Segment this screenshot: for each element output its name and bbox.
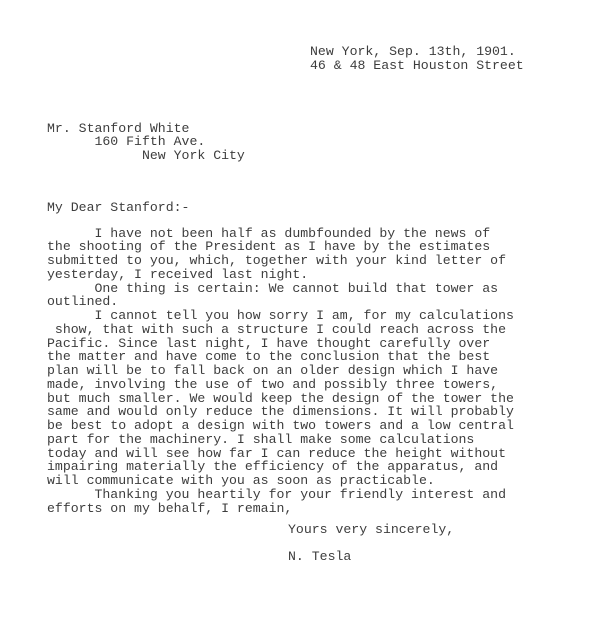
letter-line: impairing materially the efficiency of t… [47,460,598,474]
letter-body: I have not been half as dumbfounded by t… [47,227,598,516]
letter-line: plan will be to fall back on an older de… [47,364,598,378]
recipient-city: New York City [47,149,598,163]
letter-line: Pacific. Since last night, I have though… [47,337,598,351]
recipient-name: Mr. Stanford White [47,122,598,136]
signature: N. Tesla [288,550,598,564]
letterhead: New York, Sep. 13th, 1901. 46 & 48 East … [310,0,598,73]
letter-line: will communicate with you as soon as pra… [47,474,598,488]
recipient-block: Mr. Stanford White 160 Fifth Ave. New Yo… [47,122,598,163]
letter-line: I have not been half as dumbfounded by t… [47,227,598,241]
letter-line: Thanking you heartily for your friendly … [47,488,598,502]
closing: Yours very sincerely, [288,523,598,537]
letter-line: submitted to you, which, together with y… [47,254,598,268]
letter-line: efforts on my behalf, I remain, [47,502,598,516]
letter-line: but much smaller. We would keep the desi… [47,392,598,406]
salutation: My Dear Stanford:- [47,201,598,215]
letter-line: today and will see how far I can reduce … [47,447,598,461]
letter-line: part for the machinery. I shall make som… [47,433,598,447]
letter-line: the shooting of the President as I have … [47,240,598,254]
letter-line: outlined. [47,295,598,309]
letter-line: One thing is certain: We cannot build th… [47,282,598,296]
letter-line: made, involving the use of two and possi… [47,378,598,392]
letter-line: yesterday, I received last night. [47,268,598,282]
letter-line: I cannot tell you how sorry I am, for my… [47,309,598,323]
letter-line: same and would only reduce the dimension… [47,405,598,419]
recipient-street: 160 Fifth Ave. [47,135,598,149]
letter-line: show, that with such a structure I could… [47,323,598,337]
letterhead-address: 46 & 48 East Houston Street [310,59,598,73]
letter-page: New York, Sep. 13th, 1901. 46 & 48 East … [0,0,598,617]
letter-line: the matter and have come to the conclusi… [47,350,598,364]
letter-line: be best to adopt a design with two tower… [47,419,598,433]
letterhead-date: New York, Sep. 13th, 1901. [310,45,598,59]
